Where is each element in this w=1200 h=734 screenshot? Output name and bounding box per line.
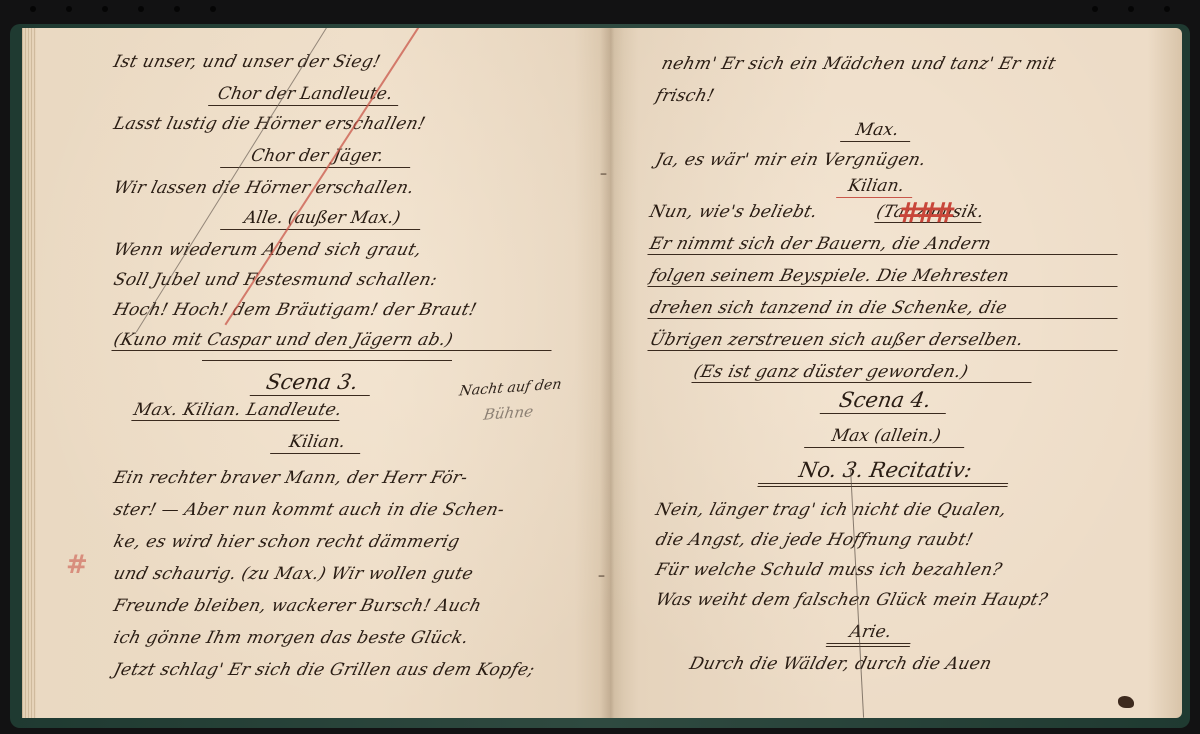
- speaker-heading: Alle. (außer Max.): [220, 208, 424, 230]
- text-line: Nein, länger trag' ich nicht die Qualen,: [654, 500, 1009, 520]
- right-page: nehm' Er sich ein Mädchen und tanz' Er m…: [610, 28, 1182, 718]
- text-line: nehm' Er sich ein Mädchen und tanz' Er m…: [660, 54, 1058, 74]
- text-line: Jetzt schlag' Er sich die Grillen aus de…: [112, 660, 537, 680]
- text-line: Freunde bleiben, wackerer Bursch! Auch: [112, 596, 484, 616]
- text-line: Wir lassen die Hörner erschallen.: [112, 178, 417, 198]
- speaker-heading: Kilian.: [836, 176, 916, 198]
- text-line: ster! — Aber nun kommt auch in die Schen…: [112, 500, 507, 520]
- red-hash-mark: ###: [898, 196, 950, 229]
- number-heading: No. 3. Recitativ:: [757, 458, 1012, 487]
- text-line: und schaurig. (zu Max.) Wir wollen gute: [112, 564, 476, 584]
- stage-direction: folgen seinem Beyspiele. Die Mehresten: [647, 266, 1122, 287]
- book-gutter: [600, 28, 624, 718]
- text-line: Ist unser, und unser der Sieg!: [112, 52, 383, 72]
- red-hash-mark: #: [66, 550, 82, 580]
- stage-direction: drehen sich tanzend in die Schenke, die: [647, 298, 1122, 319]
- text-line: ke, es wird hier schon recht dämmerig: [112, 532, 462, 552]
- text-line: Soll Jubel und Festesmund schallen:: [112, 270, 440, 290]
- text-line: Hoch! Hoch! dem Bräutigam! der Braut!: [112, 300, 479, 320]
- aria-heading: Arie.: [826, 622, 914, 647]
- margin-note-pencil: Bühne: [482, 402, 534, 423]
- stage-direction: Er nimmt sich der Bauern, die Andern: [647, 234, 1122, 255]
- text-line: ich gönne Ihm morgen das beste Glück.: [112, 628, 471, 648]
- stage-direction: Übrigen zerstreuen sich außer derselben.: [647, 330, 1122, 351]
- stage-direction: (Kuno mit Caspar und den Jägern ab.): [111, 330, 556, 351]
- margin-note-ink: Nacht auf den: [458, 377, 562, 400]
- speaker-heading: Max (allein.): [804, 426, 968, 448]
- text-line: Für welche Schuld muss ich bezahlen?: [654, 560, 1005, 580]
- text-line: Ja, es wär' mir ein Vergnügen.: [654, 150, 929, 170]
- left-page: Ist unser, und unser der Sieg! Chor der …: [22, 28, 610, 718]
- ink-stain: [1118, 696, 1134, 708]
- speaker-heading: Max.: [840, 120, 914, 142]
- stage-direction: (Es ist ganz düster geworden.): [691, 362, 1036, 383]
- text-line: Durch die Wälder, durch die Auen: [688, 654, 994, 674]
- text-line: die Angst, die jede Hoffnung raubt!: [654, 530, 976, 550]
- speaker-heading: Kilian.: [270, 432, 364, 454]
- text-line: frisch!: [654, 86, 717, 106]
- text-line: Was weiht dem falschen Glück mein Haupt?: [654, 590, 1050, 610]
- page-edges: [22, 28, 36, 718]
- scene-heading: Scena 4.: [820, 388, 951, 414]
- section-rule: [202, 360, 452, 361]
- text-line: Ein rechter braver Mann, der Herr För-: [112, 468, 470, 488]
- cast-list: Max. Kilian. Landleute.: [132, 400, 345, 420]
- scene-heading: Scena 3.: [250, 370, 375, 396]
- background-strip: [0, 0, 1200, 22]
